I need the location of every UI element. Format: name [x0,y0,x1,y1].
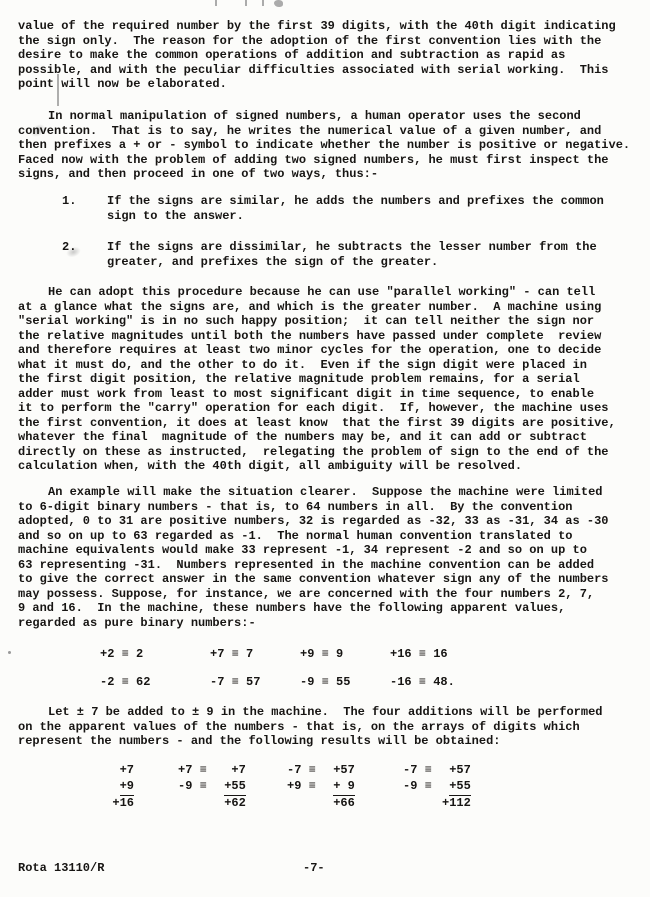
text-line: An example will make the situation clear… [18,485,642,500]
text-line: may possess. Suppose, for instance, we a… [18,587,642,602]
text-line: at a glance what the signs are, and whic… [18,300,642,315]
equivalence-cell: -2 ≡ 62 [100,675,150,690]
list-item-text: If the signs are similar, he adds the nu… [107,194,642,223]
equivalence-row-negative: -2 ≡ 62 -7 ≡ 57 -9 ≡ 55 -16 ≡ 48. [0,675,650,703]
paragraph-example: An example will make the situation clear… [18,485,642,630]
addition-column-3: -7 ≡ +57 +9 ≡ + 9 +66 [287,763,355,811]
page-number: -7- [303,861,325,876]
text-line: "serial working" is in no such happy pos… [18,314,642,329]
addition-prefix: +9 ≡ [287,779,316,796]
addition-operand: +55 [216,779,246,796]
text-line: to give the correct answer in the same c… [18,572,642,587]
equivalence-row-positive: +2 ≡ 2 +7 ≡ 7 +9 ≡ 9 +16 ≡ 16 [0,647,650,675]
equivalence-cell: +7 ≡ 7 [210,647,253,662]
addition-operand: + 9 [325,779,355,796]
text-line: 63 representing -31. Numbers represented… [18,558,642,573]
text-line: signs, and then proceed in one of two wa… [18,167,642,182]
text-line: directly on these as instructed, relegat… [18,445,642,460]
text-line: If the signs are dissimilar, he subtract… [107,240,642,255]
addition-operand: +55 [441,779,471,796]
text-line: calculation when, with the 40th digit, a… [18,459,642,474]
addition-prefix: -7 ≡ [287,763,316,779]
addition-operand: +9 [104,779,134,796]
text-line: the first convention, it does at least k… [18,416,642,431]
text-line: it to perform the "carry" operation for … [18,401,642,416]
addition-prefix: -7 ≡ [403,763,432,779]
paragraph-additions-intro: Let ± 7 be added to ± 9 in the machine. … [18,705,642,749]
document-page: value of the required number by the firs… [0,0,650,897]
list-number: 2. [62,240,76,255]
addition-operand: +57 [441,763,471,779]
scan-artifact-top [212,0,307,9]
text-line: machine equivalents would make 33 repres… [18,543,642,558]
text-line: represent the numbers - and the followin… [18,734,642,749]
addition-sum: +16 [104,796,134,812]
text-line: sign to the answer. [107,209,642,224]
equivalence-cell: -16 ≡ 48. [390,675,455,690]
text-line: adopted, 0 to 31 are positive numbers, 3… [18,514,642,529]
text-line: to 6-digit binary numbers - that is, to … [18,500,642,515]
addition-column-1: +7 +9 +16 [95,763,134,811]
equivalence-cell: -7 ≡ 57 [210,675,260,690]
text-line: what it must do, and the other to do it.… [18,358,642,373]
text-line: greater, and prefixes the sign of the gr… [107,255,642,270]
text-line: whatever the final magnitude of the numb… [18,430,642,445]
addition-operand: +57 [325,763,355,779]
paragraph-continuation: value of the required number by the firs… [18,19,642,92]
text-line: If the signs are similar, he adds the nu… [107,194,642,209]
addition-prefix: -9 ≡ [403,779,432,796]
text-line: Faced now with the problem of adding two… [18,153,642,168]
equivalence-cell: +2 ≡ 2 [100,647,143,662]
list-number: 1. [62,194,76,209]
text-line: 9 and 16. In the machine, these numbers … [18,601,642,616]
text-line: value of the required number by the firs… [18,19,642,34]
equivalence-cell: -9 ≡ 55 [300,675,350,690]
text-line: convention. That is to say, he writes th… [18,124,642,139]
paragraph-parallel-serial: He can adopt this procedure because he c… [18,285,642,474]
text-line: desire to make the common operations of … [18,48,642,63]
text-line: the relative magnitudes until both the n… [18,329,642,344]
addition-operand: +7 [104,763,134,779]
text-line: adder must work from least to most signi… [18,387,642,402]
addition-sum: +112 [441,796,471,812]
text-line: on the apparent values of the numbers - … [18,720,642,735]
list-item-text: If the signs are dissimilar, he subtract… [107,240,642,269]
additions-table: +7 +9 +16 +7 ≡ +7 -9 ≡ +55 +62 -7 ≡ +57 … [0,763,650,823]
text-line: Let ± 7 be added to ± 9 in the machine. … [18,705,642,720]
text-line: and therefore requires at least two mino… [18,343,642,358]
text-line: then prefixes a + or - symbol to indicat… [18,138,642,153]
addition-column-4: -7 ≡ +57 -9 ≡ +55 +112 [403,763,471,811]
text-line: the sign only. The reason for the adopti… [18,34,642,49]
ordered-list-item-1: 1. If the signs are similar, he adds the… [107,194,642,223]
addition-sum: +62 [216,796,246,812]
text-line: possible, and with the peculiar difficul… [18,63,642,78]
text-line: and so on up to 63 regarded as -1. The n… [18,529,642,544]
text-line: He can adopt this procedure because he c… [18,285,642,300]
ordered-list-item-2: 2. If the signs are dissimilar, he subtr… [107,240,642,269]
addition-prefix [403,796,432,812]
paragraph-signed-numbers: In normal manipulation of signed numbers… [18,109,642,182]
equivalence-table: +2 ≡ 2 +7 ≡ 7 +9 ≡ 9 +16 ≡ 16 -2 ≡ 62 -7… [0,647,650,703]
addition-prefix: -9 ≡ [178,779,207,796]
addition-prefix: +7 ≡ [178,763,207,779]
addition-sum: +66 [325,796,355,812]
text-line: the first digit position, the relative m… [18,372,642,387]
text-line: regarded as pure binary numbers:- [18,616,642,631]
addition-column-2: +7 ≡ +7 -9 ≡ +55 +62 [178,763,246,811]
addition-prefix [287,796,316,812]
text-line: point will now be elaborated. [18,77,642,92]
addition-operand: +7 [216,763,246,779]
equivalence-cell: +9 ≡ 9 [300,647,343,662]
text-line: In normal manipulation of signed numbers… [18,109,642,124]
addition-prefix [178,796,207,812]
footer-reference: Rota 13110/R [18,861,104,876]
equivalence-cell: +16 ≡ 16 [390,647,448,662]
